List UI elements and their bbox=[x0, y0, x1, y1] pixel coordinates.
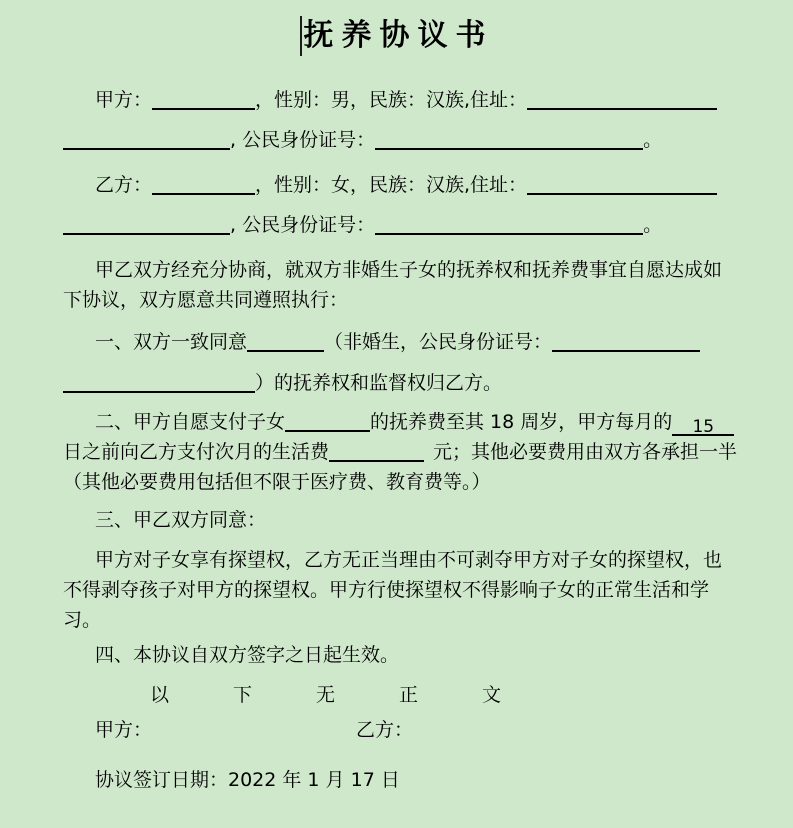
clause4-text: 四、本协议自双方签字之日起生效。 bbox=[95, 644, 399, 666]
closing-note: 以下无正文 bbox=[150, 684, 565, 706]
clause2-mid: 的抚养费至其 18 周岁，甲方每月的 bbox=[370, 411, 672, 433]
clause1-start: 一、双方一致同意 bbox=[95, 331, 247, 353]
clause1-child-name-blank bbox=[247, 330, 324, 352]
clause3-line-3: 习。 bbox=[63, 605, 730, 635]
clause3-line-1: 甲方对子女享有探望权，乙方无正当理由不可剥夺甲方对子女的探望权，也 bbox=[63, 545, 730, 575]
clause3-heading-text: 三、甲乙双方同意： bbox=[95, 509, 266, 531]
party-b-label: 乙方： bbox=[95, 174, 152, 196]
clause1-end: ）的抚养权和监督权归乙方。 bbox=[255, 372, 502, 394]
signature-party-a-label: 甲方： bbox=[95, 719, 152, 741]
preamble-line-2: 下协议，双方愿意共同遵照执行： bbox=[63, 285, 730, 315]
title-row: 抚养协议书 bbox=[63, 12, 730, 60]
party-a-id-label: , 公民身份证号： bbox=[230, 129, 375, 151]
clause2-start: 二、甲方自愿支付子女 bbox=[95, 411, 285, 433]
clause2-line-3: （其他必要费用包括但不限于医疗费、教育费等。） bbox=[63, 467, 730, 497]
text-cursor bbox=[300, 16, 302, 56]
page-title: 抚养协议书 bbox=[304, 12, 494, 60]
clause1-line-2: ）的抚养权和监督权归乙方。 bbox=[63, 368, 730, 398]
clause2-line3: （其他必要费用包括但不限于医疗费、教育费等。） bbox=[63, 471, 491, 493]
clause2-child-blank bbox=[285, 410, 370, 432]
party-a-id-blank bbox=[375, 128, 643, 150]
clause2-fee-blank bbox=[329, 440, 424, 462]
signature-party-b-label: 乙方： bbox=[356, 719, 413, 741]
clause2-line2-start: 日之前向乙方支付次月的生活费 bbox=[63, 441, 329, 463]
clause4-line: 四、本协议自双方签字之日起生效。 bbox=[63, 640, 730, 670]
clause3-text-2: 不得剥夺孩子对甲方的探望权。甲方行使探望权不得影响子女的正常生活和学 bbox=[63, 579, 709, 601]
party-b-address-blank bbox=[527, 173, 717, 195]
clause2-line-1: 二、甲方自愿支付子女的抚养费至其 18 周岁，甲方每月的15 bbox=[63, 407, 730, 437]
clause2-line2-end: 元；其他必要费用由双方各承担一半 bbox=[433, 441, 737, 463]
preamble-text-2: 下协议，双方愿意共同遵照执行： bbox=[63, 289, 348, 311]
party-a-period: 。 bbox=[643, 129, 662, 151]
date-line: 协议签订日期：2022 年 1 月 17 日 bbox=[63, 765, 730, 795]
party-b-period: 。 bbox=[643, 214, 662, 236]
party-b-id-blank bbox=[375, 213, 643, 235]
clause1-id-blank bbox=[552, 330, 700, 352]
party-b-line-1: 乙方：，性别：女，民族：汉族,住址： bbox=[63, 170, 730, 200]
party-a-address-blank-2 bbox=[63, 128, 230, 150]
preamble-text-1: 甲乙双方经充分协商，就双方非婚生子女的抚养权和抚养费事宜自愿达成如 bbox=[95, 259, 722, 281]
clause1-id-blank-2 bbox=[63, 371, 255, 393]
clause3-line-2: 不得剥夺孩子对甲方的探望权。甲方行使探望权不得影响子女的正常生活和学 bbox=[63, 575, 730, 605]
party-a-label: 甲方： bbox=[95, 89, 152, 111]
clause2-day-blank: 15 bbox=[672, 414, 734, 436]
clause3-heading: 三、甲乙双方同意： bbox=[63, 505, 730, 535]
clause2-line-2: 日之前向乙方支付次月的生活费元；其他必要费用由双方各承担一半 bbox=[63, 437, 730, 467]
party-b-id-label: , 公民身份证号： bbox=[230, 214, 375, 236]
party-b-name-blank bbox=[152, 173, 255, 195]
party-a-line-2: , 公民身份证号：。 bbox=[63, 125, 730, 155]
party-a-line-1: 甲方：，性别：男，民族：汉族,住址： bbox=[63, 85, 730, 115]
party-b-info: ，性别：女，民族：汉族,住址： bbox=[255, 174, 527, 196]
closing-note-line: 以下无正文 bbox=[63, 680, 730, 710]
clause1-line-1: 一、双方一致同意（非婚生，公民身份证号： bbox=[63, 327, 730, 357]
party-b-address-blank-2 bbox=[63, 213, 230, 235]
party-a-info: ，性别：男，民族：汉族,住址： bbox=[255, 89, 527, 111]
signature-line: 甲方：乙方： bbox=[63, 715, 730, 745]
clause3-text-3: 习。 bbox=[63, 609, 101, 631]
party-a-address-blank bbox=[527, 88, 717, 110]
clause1-mid: （非婚生，公民身份证号： bbox=[324, 331, 552, 353]
clause3-text-1: 甲方对子女享有探望权，乙方无正当理由不可剥夺甲方对子女的探望权，也 bbox=[95, 549, 722, 571]
party-a-name-blank bbox=[152, 88, 255, 110]
document-page[interactable]: 抚养协议书 甲方：，性别：男，民族：汉族,住址： , 公民身份证号：。 乙方：，… bbox=[0, 0, 793, 795]
date-text: 协议签订日期：2022 年 1 月 17 日 bbox=[95, 769, 400, 791]
party-b-line-2: , 公民身份证号：。 bbox=[63, 210, 730, 240]
preamble-line-1: 甲乙双方经充分协商，就双方非婚生子女的抚养权和抚养费事宜自愿达成如 bbox=[63, 255, 730, 285]
